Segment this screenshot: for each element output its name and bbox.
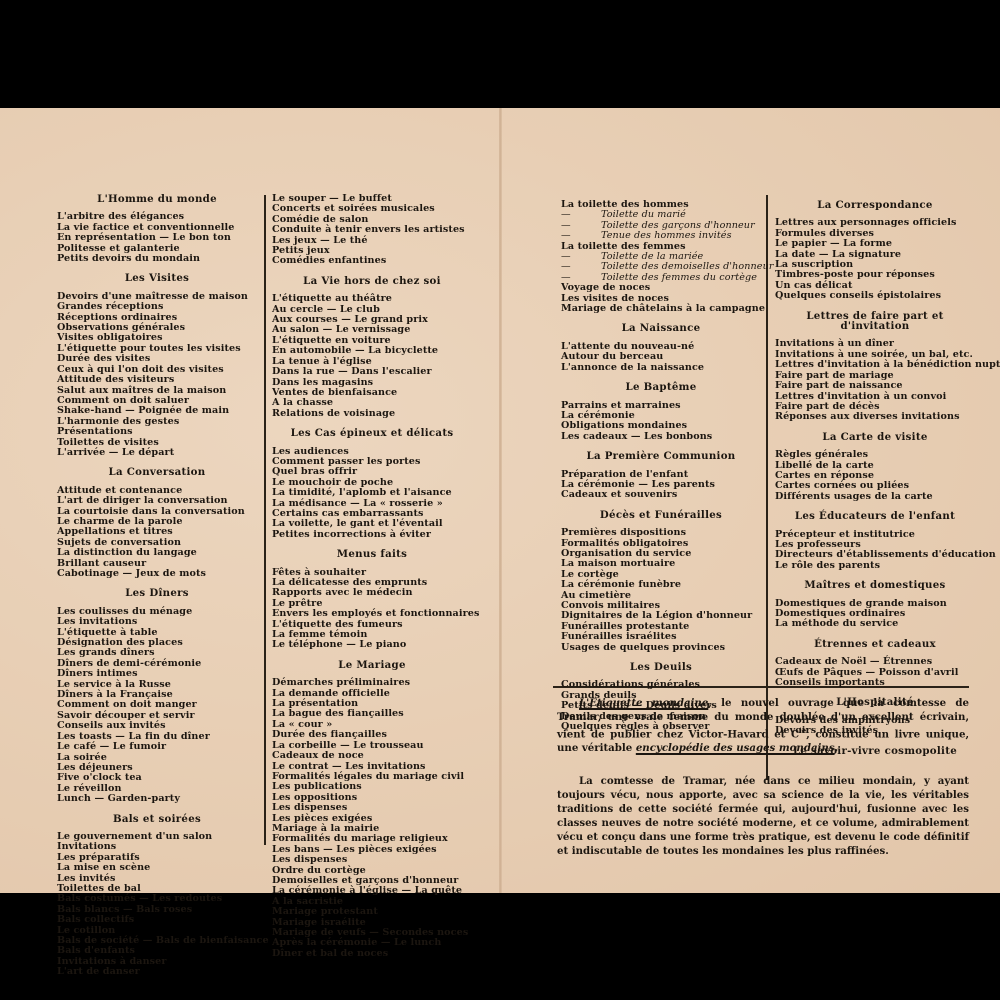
contents-item: Dans la rue — Dans l'escalier bbox=[272, 367, 472, 377]
section-heading: Les Éducateurs de l'enfant bbox=[775, 511, 975, 521]
section-heading: Menus faits bbox=[272, 549, 472, 559]
contents-item: Réponses aux diverses invitations bbox=[775, 412, 975, 422]
contents-section: La ConversationAttitude et contenanceL'a… bbox=[57, 467, 257, 579]
contents-item: Conseils importants bbox=[775, 678, 975, 688]
contents-section: Décès et FunéraillesPremières dispositio… bbox=[561, 510, 761, 653]
section-heading: Les Visites bbox=[57, 273, 257, 283]
section-heading: Le Baptême bbox=[561, 382, 761, 392]
contents-section: Bals et soiréesLe gouvernement d'un salo… bbox=[57, 814, 257, 978]
contents-column-2: Le souper — Le buffetConcerts et soirées… bbox=[272, 194, 472, 968]
section-heading: Le Mariage bbox=[272, 660, 472, 670]
contents-section: Maîtres et domestiquesDomestiques de gra… bbox=[775, 580, 975, 630]
contents-column-4: La CorrespondanceLettres aux personnages… bbox=[775, 200, 975, 765]
contents-item: Cadeaux et souvenirs bbox=[561, 490, 761, 500]
contents-section: Les VisitesDevoirs d'une maîtresse de ma… bbox=[57, 273, 257, 458]
contents-section: La Première CommunionPréparation de l'en… bbox=[561, 451, 761, 501]
section-heading: La Carte de visite bbox=[775, 432, 975, 442]
column-divider-right bbox=[766, 195, 768, 780]
contents-item: L'art de danser bbox=[57, 967, 257, 977]
contents-item: Le rôle des parents bbox=[775, 561, 975, 571]
contents-section: Les DînersLes coulisses du ménageLes inv… bbox=[57, 588, 257, 804]
section-heading: Lettres de faire part et d'invitation bbox=[775, 311, 975, 332]
contents-item: Comédies enfantines bbox=[272, 256, 472, 266]
contents-item: Présentations bbox=[57, 427, 257, 437]
contents-item: Mariage de châtelains à la campagne bbox=[561, 304, 761, 314]
section-heading: Étrennes et cadeaux bbox=[775, 639, 975, 649]
section-heading: La Vie hors de chez soi bbox=[272, 276, 472, 286]
contents-section: Le BaptêmeParrains et marrainesLa cérémo… bbox=[561, 382, 761, 442]
page-fold bbox=[499, 108, 502, 893]
contents-item: Relations de voisinage bbox=[272, 409, 472, 419]
section-heading: La Correspondance bbox=[775, 200, 975, 210]
section-heading: L'Homme du monde bbox=[57, 194, 257, 204]
contents-item: Cadeaux de noce bbox=[272, 751, 472, 761]
contents-item: Petits devoirs du mondain bbox=[57, 254, 257, 264]
contents-section: Lettres de faire part et d'invitationInv… bbox=[775, 311, 975, 423]
section-heading: Les Dîners bbox=[57, 588, 257, 598]
contents-item: Usages de quelques provinces bbox=[561, 643, 761, 653]
contents-section: La Vie hors de chez soiL'étiquette au th… bbox=[272, 276, 472, 419]
contents-column-3: La toilette des hommes—Toilette du marié… bbox=[561, 200, 761, 741]
contents-item: La méthode du service bbox=[775, 619, 975, 629]
encyclopedia-emphasis: encyclopédie des usages mondains bbox=[636, 742, 835, 754]
contents-item: L'arrivée — Le départ bbox=[57, 448, 257, 458]
contents-item: Faire part de naissance bbox=[775, 381, 975, 391]
contents-section: Les Éducateurs de l'enfantPrécepteur et … bbox=[775, 511, 975, 571]
section-heading: Les Cas épineux et délicats bbox=[272, 428, 472, 438]
contents-item: Les dispenses bbox=[272, 803, 472, 813]
brochure-sheet: L'Homme du mondeL'arbitre des élégancesL… bbox=[0, 108, 1000, 893]
contents-section: Les Cas épineux et délicatsLes audiences… bbox=[272, 428, 472, 540]
contents-item: Cabotinage — Jeux de mots bbox=[57, 569, 257, 579]
contents-section: La NaissanceL'attente du nouveau-néAutou… bbox=[561, 323, 761, 373]
contents-item: Premières dispositions bbox=[561, 528, 761, 538]
contents-section: L'Homme du mondeL'arbitre des élégancesL… bbox=[57, 194, 257, 264]
contents-item: La timidité, l'aplomb et l'aisance bbox=[272, 488, 472, 498]
contents-section: Le MariageDémarches préliminairesLa dema… bbox=[272, 660, 472, 959]
contents-section: La CorrespondanceLettres aux personnages… bbox=[775, 200, 975, 302]
contents-item: L'art de diriger la conversation bbox=[57, 496, 257, 506]
section-heading: Les Deuils bbox=[561, 662, 761, 672]
contents-section: Menus faitsFêtes à souhaiterLa délicates… bbox=[272, 549, 472, 651]
contents-item: Le téléphone — Le piano bbox=[272, 640, 472, 650]
book-title: L'Etiquette mondaine bbox=[579, 697, 708, 709]
contents-item: Attitude des visiteurs bbox=[57, 375, 257, 385]
contents-item: La mise en scène bbox=[57, 863, 257, 873]
contents-section: La toilette des hommes—Toilette du marié… bbox=[561, 200, 761, 314]
section-heading: La Conversation bbox=[57, 467, 257, 477]
contents-column-1: L'Homme du mondeL'arbitre des élégancesL… bbox=[57, 194, 257, 987]
book-description-paragraph-2: La comtesse de Tramar, née dans ce milie… bbox=[557, 774, 969, 858]
contents-item: Lunch — Garden-party bbox=[57, 794, 257, 804]
section-heading: La Première Communion bbox=[561, 451, 761, 461]
contents-item: L'annonce de la naissance bbox=[561, 363, 761, 373]
contents-item: Le café — Le fumoir bbox=[57, 742, 257, 752]
contents-item: Règles générales bbox=[775, 450, 975, 460]
contents-item: Différents usages de la carte bbox=[775, 492, 975, 502]
section-heading: La Naissance bbox=[561, 323, 761, 333]
contents-item: Petites incorrections à éviter bbox=[272, 530, 472, 540]
contents-item: Quelques conseils épistolaires bbox=[775, 291, 975, 301]
contents-section: La Carte de visiteRègles généralesLibell… bbox=[775, 432, 975, 502]
section-heading: Bals et soirées bbox=[57, 814, 257, 824]
contents-item: Les cadeaux — Les bonbons bbox=[561, 432, 761, 442]
section-heading: Décès et Funérailles bbox=[561, 510, 761, 520]
contents-section: Étrennes et cadeauxCadeaux de Noël — Étr… bbox=[775, 639, 975, 689]
contents-section: Le souper — Le buffetConcerts et soirées… bbox=[272, 194, 472, 267]
book-description-paragraph-1: L'Etiquette mondaine, le nouvel ouvrage … bbox=[557, 696, 969, 755]
section-heading: Maîtres et domestiques bbox=[775, 580, 975, 590]
column-divider-left bbox=[264, 195, 266, 845]
contents-item: Dîner et bal de noces bbox=[272, 949, 472, 959]
contents-item: Les dispenses bbox=[272, 855, 472, 865]
